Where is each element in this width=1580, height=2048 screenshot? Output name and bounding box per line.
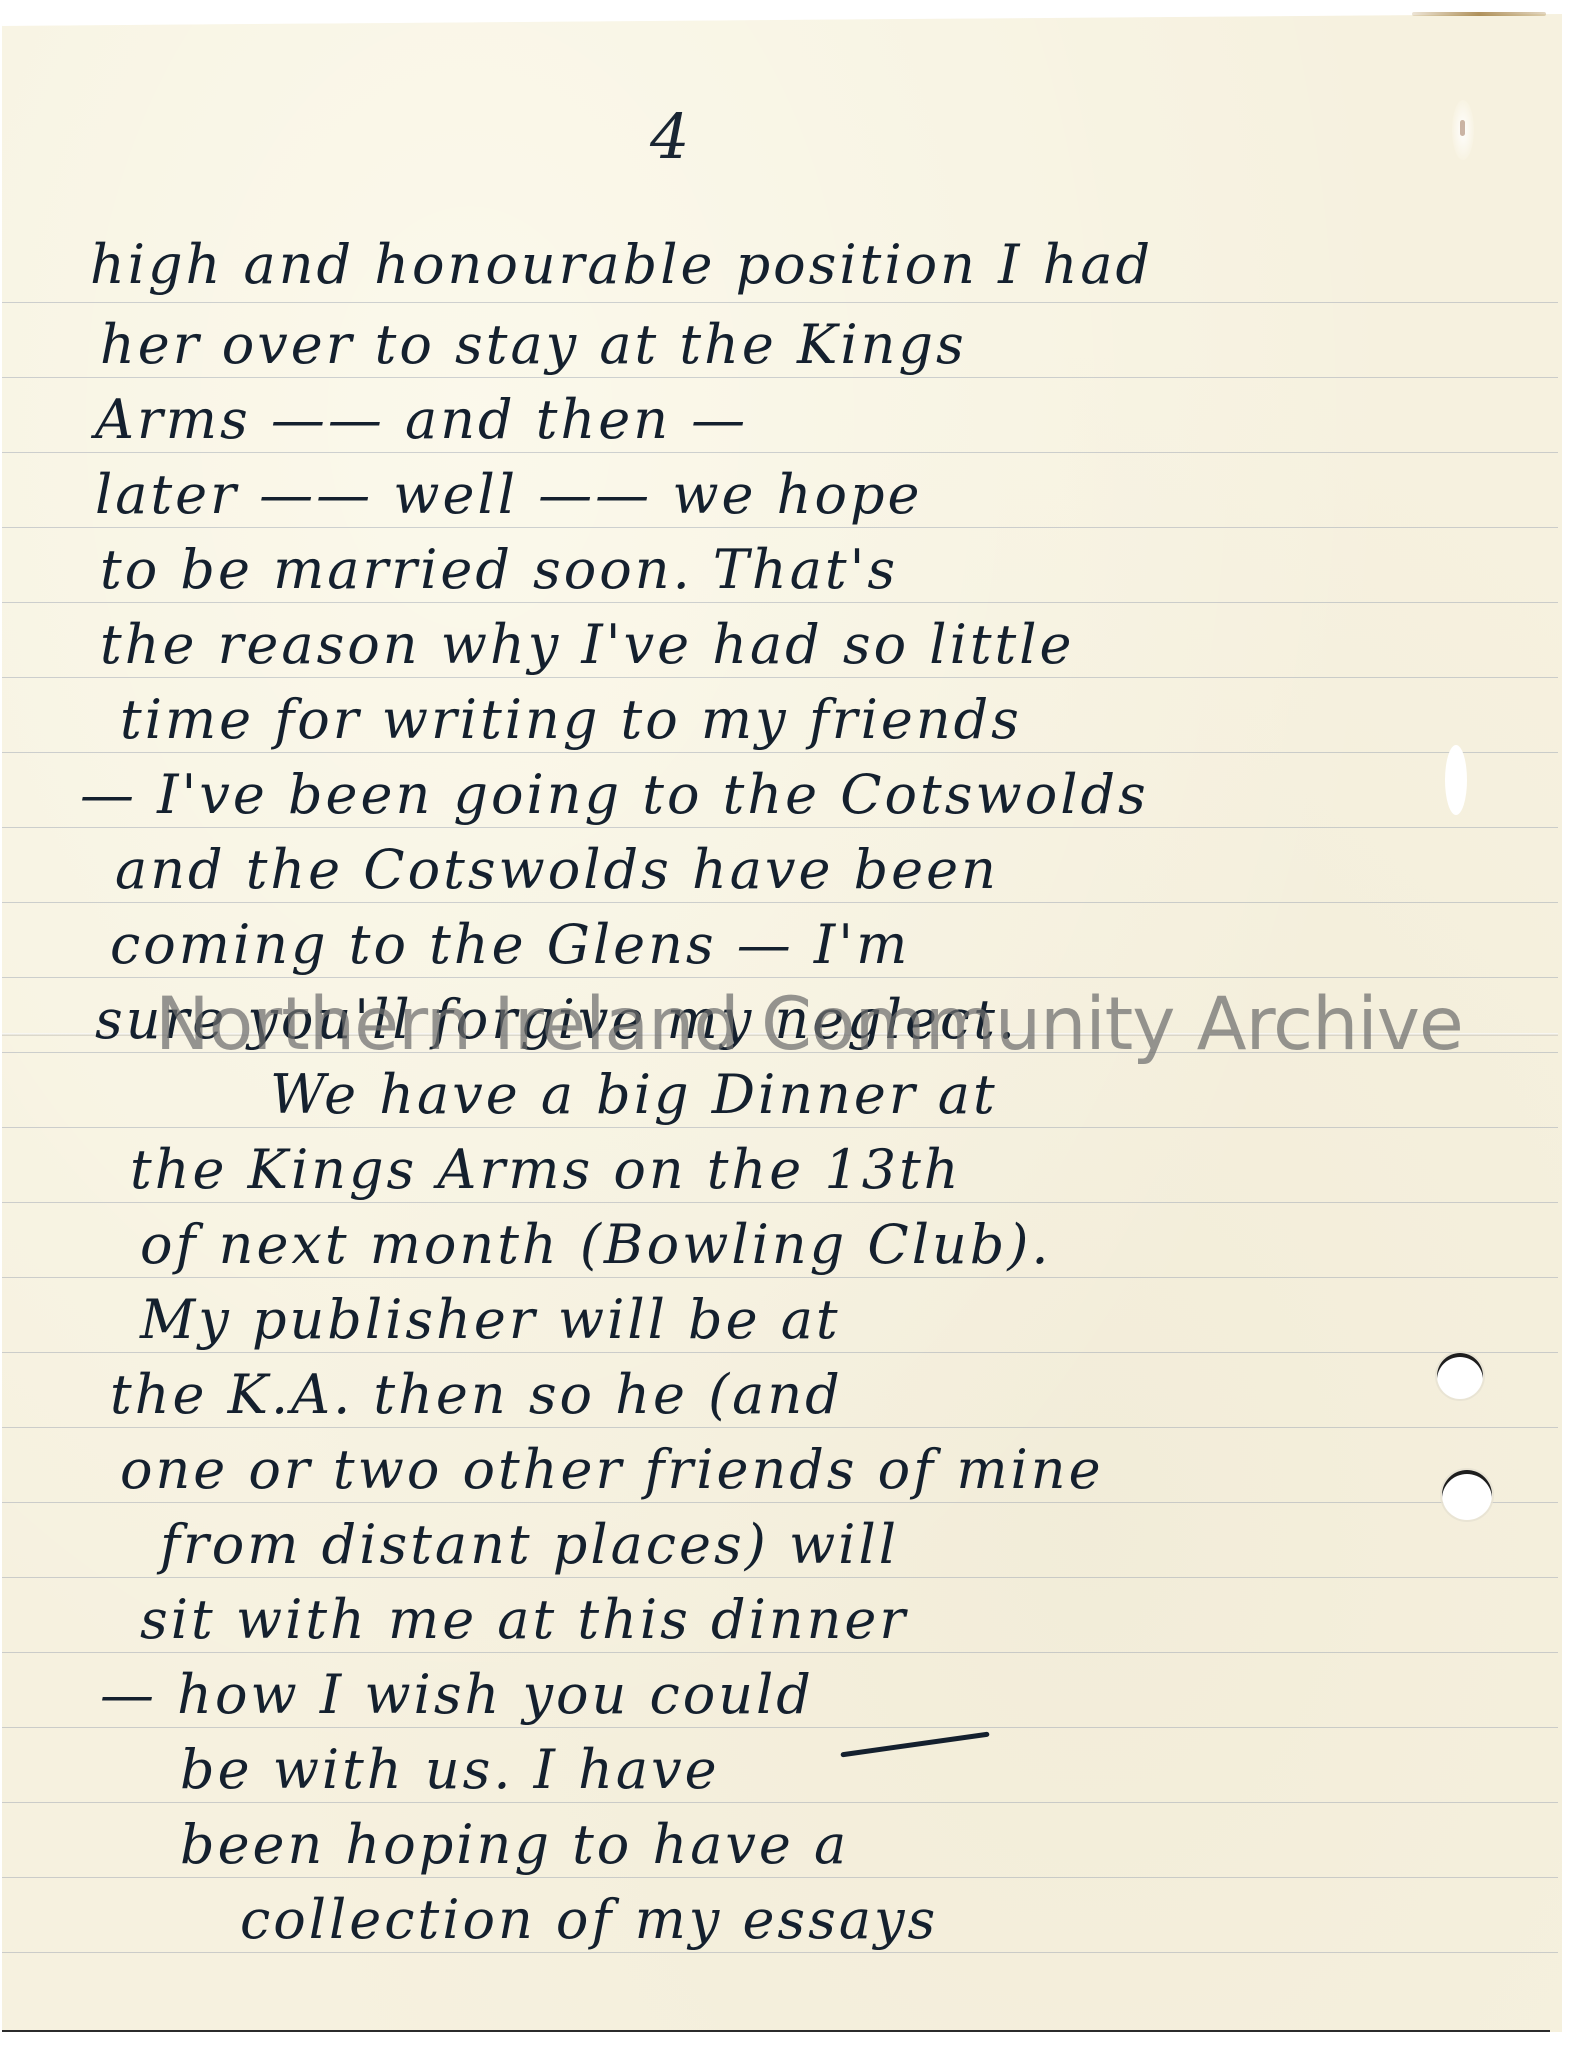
ruled-line xyxy=(2,827,1558,828)
handwritten-line-22: been hoping to have a xyxy=(180,1818,849,1872)
ruled-line xyxy=(2,1727,1558,1728)
ruled-line xyxy=(2,302,1558,303)
ruled-line xyxy=(2,1427,1558,1428)
ruled-line xyxy=(2,602,1558,603)
ruled-line xyxy=(2,1202,1558,1203)
ruled-line xyxy=(2,1352,1558,1353)
handwritten-line-12: We have a big Dinner at xyxy=(270,1068,998,1122)
punch-hole-upper xyxy=(1437,1353,1483,1399)
handwritten-line-15: My publisher will be at xyxy=(140,1293,841,1347)
handwritten-line-7: time for writing to my friends xyxy=(120,693,1022,747)
staple-mark xyxy=(1452,100,1474,160)
handwritten-line-14: of next month (Bowling Club). xyxy=(140,1218,1052,1272)
ruled-line xyxy=(2,677,1558,678)
ruled-line xyxy=(2,452,1558,453)
handwritten-line-16: the K.A. then so he (and xyxy=(110,1368,843,1422)
handwritten-line-2: her over to stay at the Kings xyxy=(100,318,967,372)
handwritten-line-17: one or two other friends of mine xyxy=(120,1443,1104,1497)
handwritten-line-13: the Kings Arms on the 13th xyxy=(130,1143,962,1197)
top-edge-stain xyxy=(1412,12,1546,16)
ruled-line xyxy=(2,977,1558,978)
ruled-line xyxy=(2,377,1558,378)
handwritten-line-4: later —— well —— we hope xyxy=(95,468,922,522)
handwritten-line-20: — how I wish you could xyxy=(100,1668,814,1722)
ruled-line xyxy=(2,1952,1558,1953)
handwritten-line-10: coming to the Glens — I'm xyxy=(110,918,910,972)
ruled-line xyxy=(2,1802,1558,1803)
handwritten-line-18: from distant places) will xyxy=(160,1518,899,1572)
ruled-line xyxy=(2,1652,1558,1653)
page-number: 4 xyxy=(650,100,689,173)
handwritten-line-1: high and honourable position I had xyxy=(90,238,1153,292)
ruled-line xyxy=(2,527,1558,528)
ruled-line xyxy=(2,1277,1558,1278)
handwritten-line-6: the reason why I've had so little xyxy=(100,618,1074,672)
handwritten-line-19: sit with me at this dinner xyxy=(140,1593,908,1647)
archive-watermark: Northern Ireland Community Archive xyxy=(155,988,1445,1061)
handwritten-line-23: collection of my essays xyxy=(240,1893,938,1947)
handwritten-line-5: to be married soon. That's xyxy=(100,543,898,597)
ruled-line xyxy=(2,902,1558,903)
ruled-line xyxy=(2,1127,1558,1128)
ruled-line xyxy=(2,752,1558,753)
ruled-line xyxy=(2,1502,1558,1503)
page-bottom-edge xyxy=(2,2030,1550,2032)
handwritten-line-21: be with us. I have xyxy=(180,1743,720,1797)
handwritten-line-3: Arms —— and then — xyxy=(95,393,748,447)
handwritten-line-8: — I've been going to the Cotswolds xyxy=(80,768,1149,822)
scan-glare xyxy=(1445,745,1467,815)
punch-hole-lower xyxy=(1442,1470,1492,1520)
ruled-line xyxy=(2,1877,1558,1878)
ruled-line xyxy=(2,1577,1558,1578)
handwritten-line-9: and the Cotswolds have been xyxy=(115,843,999,897)
